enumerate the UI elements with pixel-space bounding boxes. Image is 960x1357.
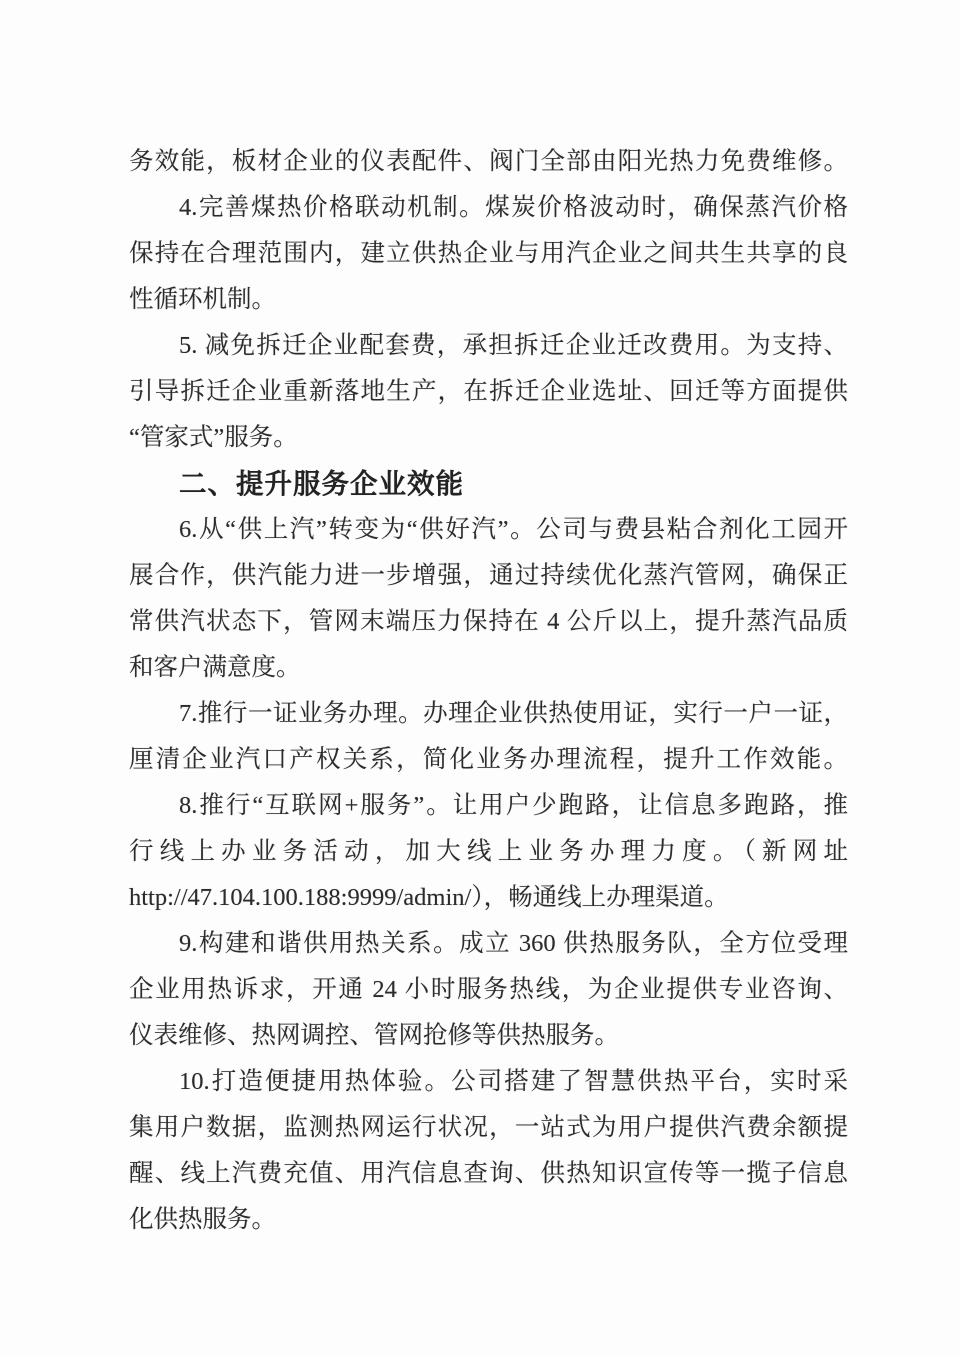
body-line: 5. 减免拆迁企业配套费，承担拆迁企业迁改费用。为支持、 (129, 323, 848, 369)
body-line: 7.推行一证业务办理。办理企业供热使用证，实行一户一证， (129, 691, 848, 737)
body-line: 常供汽状态下，管网末端压力保持在 4 公斤以上，提升蒸汽品质 (129, 599, 848, 645)
body-line: 仪表维修、热网调控、管网抢修等供热服务。 (129, 1013, 848, 1059)
body-line: 集用户数据，监测热网运行状况，一站式为用户提供汽费余额提 (129, 1105, 848, 1151)
body-line: 引导拆迁企业重新落地生产，在拆迁企业选址、回迁等方面提供 (129, 369, 848, 415)
body-line: 化供热服务。 (129, 1197, 848, 1243)
body-line: 行线上办业务活动，加大线上业务办理力度。（新网址 (129, 829, 848, 875)
body-line: 务效能，板材企业的仪表配件、阀门全部由阳光热力免费维修。 (129, 139, 848, 185)
section-heading: 二、提升服务企业效能 (129, 461, 848, 507)
body-line: 性循环机制。 (129, 277, 848, 323)
body-line: 展合作，供汽能力进一步增强，通过持续优化蒸汽管网，确保正 (129, 553, 848, 599)
body-line: 6.从“供上汽”转变为“供好汽”。公司与费县粘合剂化工园开 (129, 507, 848, 553)
document-page: 务效能，板材企业的仪表配件、阀门全部由阳光热力免费维修。 4.完善煤热价格联动机… (0, 0, 960, 1357)
body-line: 8.推行“互联网+服务”。让用户少跑路，让信息多跑路，推 (129, 783, 848, 829)
body-line: 醒、线上汽费充值、用汽信息查询、供热知识宣传等一揽子信息 (129, 1151, 848, 1197)
body-line: http://47.104.100.188:9999/admin/），畅通线上办… (129, 875, 848, 921)
body-line: 厘清企业汽口产权关系，简化业务办理流程，提升工作效能。 (129, 737, 848, 783)
body-line: “管家式”服务。 (129, 415, 848, 461)
body-line: 保持在合理范围内，建立供热企业与用汽企业之间共生共享的良 (129, 231, 848, 277)
body-line: 企业用热诉求，开通 24 小时服务热线，为企业提供专业咨询、 (129, 967, 848, 1013)
body-line: 9.构建和谐供用热关系。成立 360 供热服务队，全方位受理 (129, 921, 848, 967)
body-line: 4.完善煤热价格联动机制。煤炭价格波动时，确保蒸汽价格 (129, 185, 848, 231)
body-line: 10.打造便捷用热体验。公司搭建了智慧供热平台，实时采 (129, 1059, 848, 1105)
body-line: 和客户满意度。 (129, 645, 848, 691)
